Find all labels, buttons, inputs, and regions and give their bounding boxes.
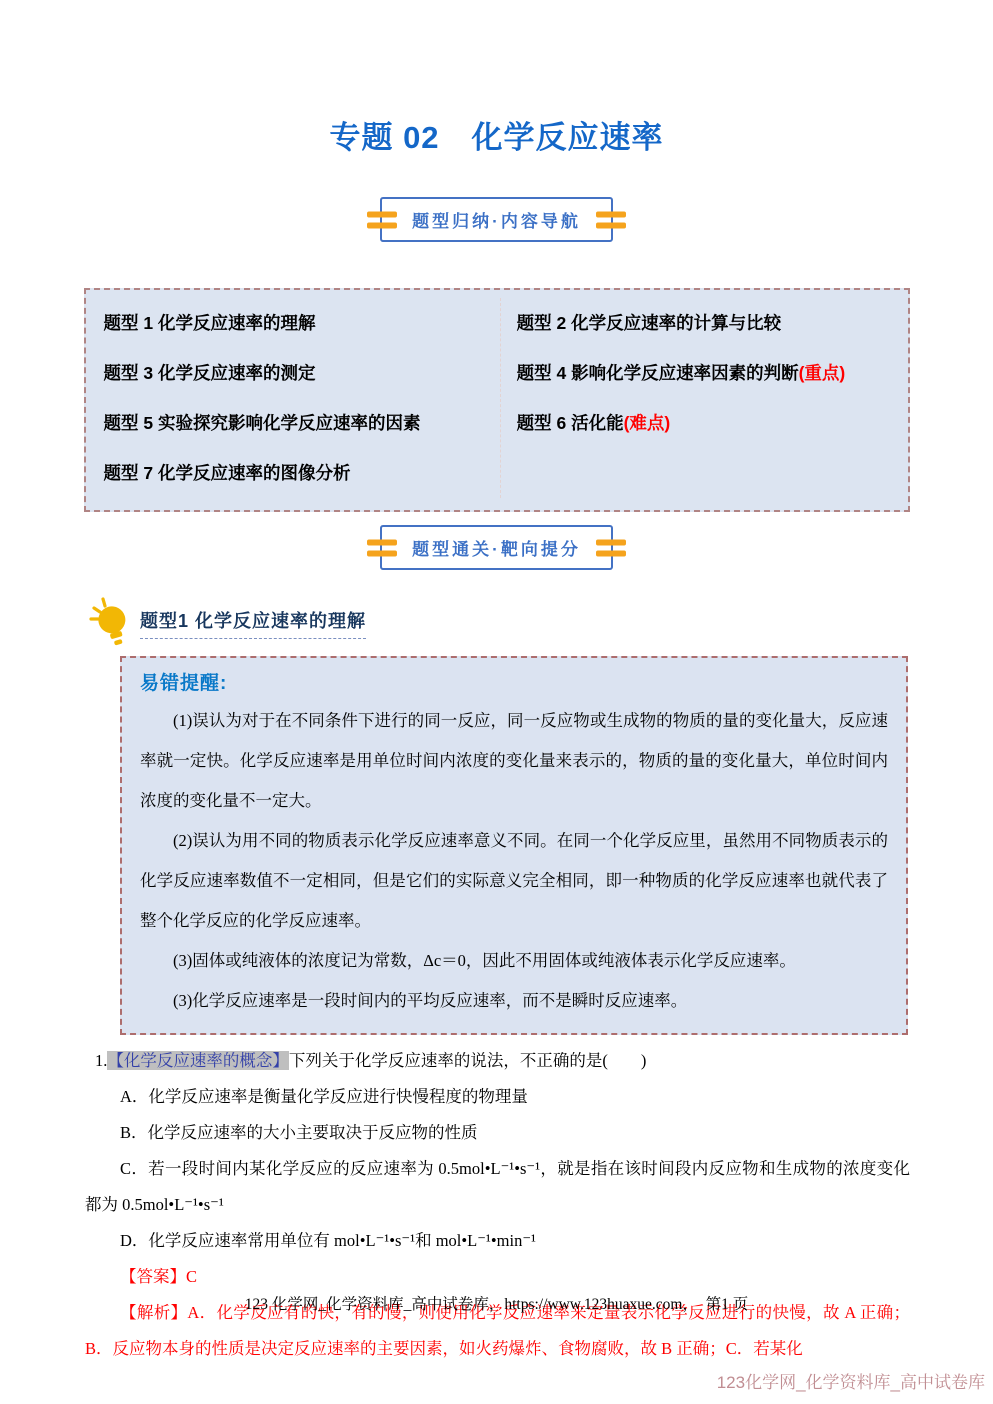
nav-item-text: 题型 4 影响化学反应速率因素的判断 [517, 363, 799, 383]
equals-decoration-icon [596, 211, 626, 228]
nav-item-text: 题型 2 化学反应速率的计算与比较 [517, 313, 781, 333]
question-stem-text: 下列关于化学反应速率的说法，不正确的是( ) [289, 1051, 647, 1070]
nav-table-left-column: 题型 1 化学反应速率的理解 题型 3 化学反应速率的测定 题型 5 实验探究影… [86, 298, 501, 498]
banner-topic-nav: 题型归纳·内容导航 [380, 197, 613, 242]
section-heading-type1: 题型1 化学反应速率的理解 [88, 596, 993, 650]
section-heading-label: 题型1 化学反应速率的理解 [140, 607, 366, 639]
nav-item-text: 题型 3 化学反应速率的测定 [104, 363, 316, 383]
question-stem: 1.【化学反应速率的概念】下列关于化学反应速率的说法，不正确的是( ) [85, 1043, 910, 1079]
option-b: B．化学反应速率的大小主要取决于反应物的性质 [85, 1115, 910, 1151]
mistake-reminder-title: 易错提醒: [140, 668, 888, 695]
site-watermark: 123化学网_化学资料库_高中试卷库 [717, 1368, 985, 1393]
mistake-reminder-box: 易错提醒: (1)误认为对于在不同条件下进行的同一反应，同一反应物或生成物的物质… [120, 656, 908, 1035]
equals-decoration-icon [367, 211, 397, 228]
nav-item-type3: 题型 3 化学反应速率的测定 [104, 348, 500, 398]
tip-paragraph-4: (3)化学反应速率是一段时间内的平均反应速率，而不是瞬时反应速率。 [140, 981, 888, 1021]
tip-paragraph-1: (1)误认为对于在不同条件下进行的同一反应，同一反应物或生成物的物质的量的变化量… [140, 701, 888, 821]
worksheet-page: 专题 02 化学反应速率 题型归纳·内容导航 题型 1 化学反应速率的理解 题型… [0, 0, 993, 1404]
lightbulb-icon [88, 596, 136, 650]
banner-topic-nav-label: 题型归纳·内容导航 [412, 212, 581, 231]
nav-item-text: 题型 1 化学反应速率的理解 [104, 313, 316, 333]
nav-item-text: 题型 6 活化能 [517, 413, 624, 433]
option-d: D．化学反应速率常用单位有 mol•L⁻¹•s⁻¹和 mol•L⁻¹•min⁻¹ [85, 1223, 910, 1259]
nav-item-text: 题型 7 化学反应速率的图像分析 [104, 463, 351, 483]
page-title: 专题 02 化学反应速率 [0, 0, 993, 157]
nav-table-right-column: 题型 2 化学反应速率的计算与比较 题型 4 影响化学反应速率因素的判断(重点)… [501, 298, 908, 498]
nav-item-text: 题型 5 实验探究影响化学反应速率的因素 [104, 413, 421, 433]
tip-paragraph-2: (2)误认为用不同的物质表示化学反应速率意义不同。在同一个化学反应里，虽然用不同… [140, 821, 888, 941]
equals-decoration-icon [596, 539, 626, 556]
page-footer: 123 化学网_化学资料库_高中试卷库，https://www.123huaxu… [0, 1292, 993, 1314]
concept-tag-highlight: 【化学反应速率的概念】 [107, 1051, 289, 1070]
nav-item-tag: (重点) [799, 363, 846, 383]
option-a: A．化学反应速率是衡量化学反应进行快慢程度的物理量 [85, 1079, 910, 1115]
banner-breakthrough: 题型通关·靶向提分 [380, 525, 613, 570]
nav-item-type4: 题型 4 影响化学反应速率因素的判断(重点) [517, 348, 908, 398]
nav-item-type7: 题型 7 化学反应速率的图像分析 [104, 448, 500, 498]
tip-paragraph-3: (3)固体或纯液体的浓度记为常数，Δc＝0，因此不用固体或纯液体表示化学反应速率… [140, 941, 888, 981]
nav-item-type5: 题型 5 实验探究影响化学反应速率的因素 [104, 398, 500, 448]
nav-item-tag: (难点) [624, 413, 671, 433]
question-number: 1. [95, 1051, 107, 1070]
answer-line: 【答案】C [85, 1259, 910, 1295]
nav-item-type2: 题型 2 化学反应速率的计算与比较 [517, 298, 908, 348]
equals-decoration-icon [367, 539, 397, 556]
nav-item-type1: 题型 1 化学反应速率的理解 [104, 298, 500, 348]
nav-item-type6: 题型 6 活化能(难点) [517, 398, 908, 448]
topic-nav-table: 题型 1 化学反应速率的理解 题型 3 化学反应速率的测定 题型 5 实验探究影… [84, 288, 910, 512]
banner-breakthrough-label: 题型通关·靶向提分 [412, 540, 581, 559]
option-c: C．若一段时间内某化学反应的反应速率为 0.5mol•L⁻¹•s⁻¹，就是指在该… [85, 1151, 910, 1223]
question-1-block: 1.【化学反应速率的概念】下列关于化学反应速率的说法，不正确的是( ) A．化学… [85, 1043, 910, 1367]
